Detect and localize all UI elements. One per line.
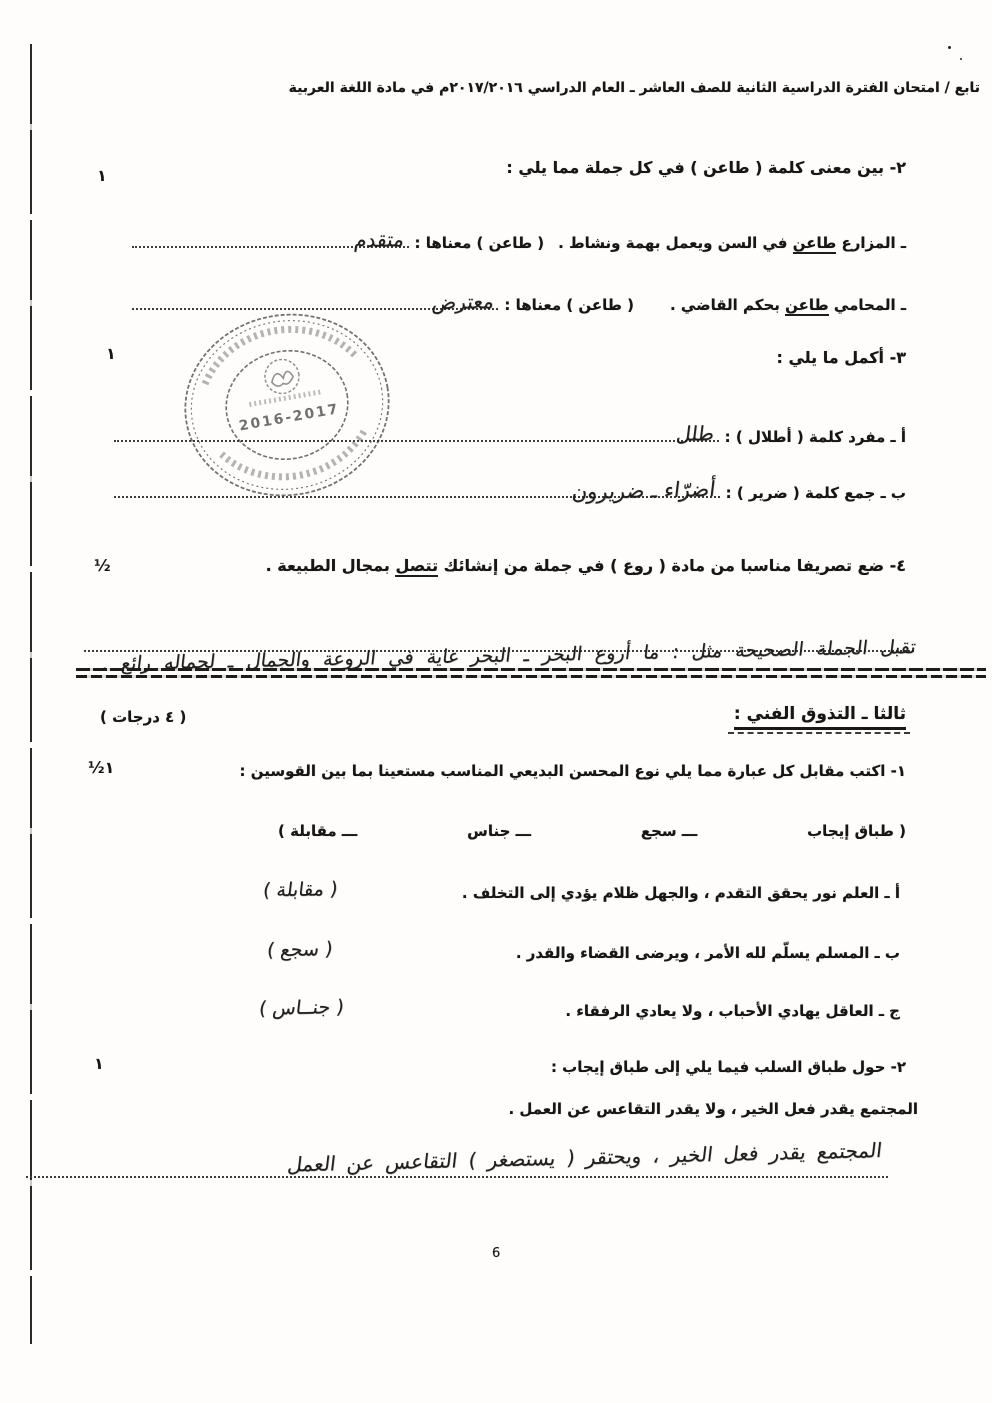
q2-item-1-sentence: ـ المزارع طاعن في السن ويعمل بهمة ونشاط … xyxy=(558,234,906,252)
q3-item-a: أ ـ مفرد كلمة ( أطلال ) : طلل xyxy=(114,414,906,446)
page-number: 6 xyxy=(492,1246,500,1261)
margin-mark-q3: ١ xyxy=(106,344,116,363)
margin-mark-q4: ½ xyxy=(94,556,111,575)
s3-q1-item-c-handwritten-answer: ( جنــاس ) xyxy=(258,996,345,1020)
question-4-title: ٤- ضع تصريفا مناسبا من مادة ( روع ) في ج… xyxy=(266,556,906,575)
scan-edge-artifact xyxy=(30,44,32,1344)
q2-item-2-prompt: ( طاعن ) معناها : xyxy=(504,296,634,314)
s3-q2-handwritten-answer: المجتمع يقدر فعل الخير ، ويحتقر ( يستصغر… xyxy=(286,1138,883,1176)
s3-q2-statement: المجتمع يقدر فعل الخير ، ولا يقدر التقاع… xyxy=(508,1100,918,1118)
option-saja: ـــ سجع xyxy=(641,822,697,840)
q3-item-b-label: ب ـ جمع كلمة ( ضرير ) : xyxy=(726,484,906,502)
page-header: تابع / امتحان الفترة الدراسية الثانية لل… xyxy=(289,80,980,96)
q2-item-2: ـ المحامي طاعن بحكم القاضي . ( طاعن ) مع… xyxy=(132,280,906,314)
s3-q1-item-a-handwritten-answer: ( مقابلة ) xyxy=(262,878,339,902)
q2-item-1-prompt: ( طاعن ) معناها : xyxy=(415,234,545,252)
scanned-exam-page: تابع / امتحان الفترة الدراسية الثانية لل… xyxy=(0,0,992,1403)
section-3-total-marks: ( ٤ درجات ) xyxy=(100,708,186,726)
q2-item-2-post: بحكم القاضي . xyxy=(670,296,785,314)
s3-q1-item-a: أ ـ العلم نور يحقق التقدم ، والجهل ظلام … xyxy=(462,884,900,902)
s3-q1-item-b-handwritten-answer: ( سجع ) xyxy=(266,938,334,961)
question-2-title: ٢- بين معنى كلمة ( طاعن ) في كل جملة مما… xyxy=(506,158,906,177)
q2-item-1-handwritten-answer: متقدم xyxy=(353,227,406,252)
section-divider xyxy=(76,668,986,678)
q4-answer-line: تقبل الجملة الصحيحة مثل : ما أروع البحر … xyxy=(84,606,914,652)
q3-item-a-answer-line: طلل xyxy=(114,434,719,442)
section-3-title: ثالثا ـ التذوق الفني : xyxy=(734,704,906,730)
q2-item-1-underlined-word: طاعن xyxy=(793,234,837,254)
q2-item-2-handwritten-answer: معترض xyxy=(431,289,496,314)
s3-question-1-title: ١- اكتب مقابل كل عبارة مما يلي نوع المحس… xyxy=(239,762,906,780)
q2-item-2-pre: ـ المحامي xyxy=(829,296,906,314)
q3-item-b: ب ـ جمع كلمة ( ضرير ) : أضرّاء ـ ضريرون xyxy=(114,470,906,502)
section-3-heading: ثالثا ـ التذوق الفني : xyxy=(734,704,906,730)
s3-q2-answer-line xyxy=(26,1176,888,1178)
scan-noise-dot xyxy=(960,58,962,60)
question-3-title: ٣- أكمل ما يلي : xyxy=(776,348,906,367)
q2-item-2-sentence: ـ المحامي طاعن بحكم القاضي . xyxy=(670,296,906,314)
q2-item-1-post: في السن ويعمل بهمة ونشاط . xyxy=(558,234,793,252)
option-tibaq-ijab: ( طباق إيجاب xyxy=(807,822,906,840)
scan-noise-dot xyxy=(948,46,951,49)
q3-item-b-answer-line: أضرّاء ـ ضريرون xyxy=(114,490,720,498)
s3-q1-options-row: ( طباق إيجاب ـــ سجع ـــ جناس ـــ مقابلة… xyxy=(278,822,906,840)
margin-mark-s3q2: ١ xyxy=(94,1054,104,1073)
q2-item-1-pre: ـ المزارع xyxy=(836,234,906,252)
q3-item-a-label: أ ـ مفرد كلمة ( أطلال ) : xyxy=(725,428,906,446)
s3-q1-item-c: ج ـ العاقل يهادي الأحباب ، ولا يعادي الر… xyxy=(565,1002,900,1020)
stamp-emblem xyxy=(243,353,323,404)
q4-pre: ٤- ضع تصريفا مناسبا من مادة ( روع ) في ج… xyxy=(438,556,906,575)
margin-mark-s3q1: ١½ xyxy=(88,758,114,777)
q3-item-a-handwritten-answer: طلل xyxy=(675,421,716,446)
q4-post: بمجال الطبيعة . xyxy=(266,556,396,575)
s3-question-2-title: ٢- حول طباق السلب فيما يلي إلى طباق إيجا… xyxy=(551,1058,906,1076)
option-jinas: ـــ جناس xyxy=(467,822,531,840)
q4-underlined-word: تتصل xyxy=(395,556,438,577)
s3-q1-item-b: ب ـ المسلم يسلّم لله الأمر ، ويرضى القضا… xyxy=(516,944,900,962)
q3-item-b-handwritten-answer: أضرّاء ـ ضريرون xyxy=(570,477,716,504)
margin-mark-q2: ١ xyxy=(97,166,107,185)
q2-item-1-answer-line: متقدم xyxy=(132,240,409,248)
q2-item-1: ـ المزارع طاعن في السن ويعمل بهمة ونشاط … xyxy=(132,218,906,252)
option-muqabala: ـــ مقابلة ) xyxy=(278,822,357,840)
q2-item-2-underlined-word: طاعن xyxy=(785,296,829,316)
